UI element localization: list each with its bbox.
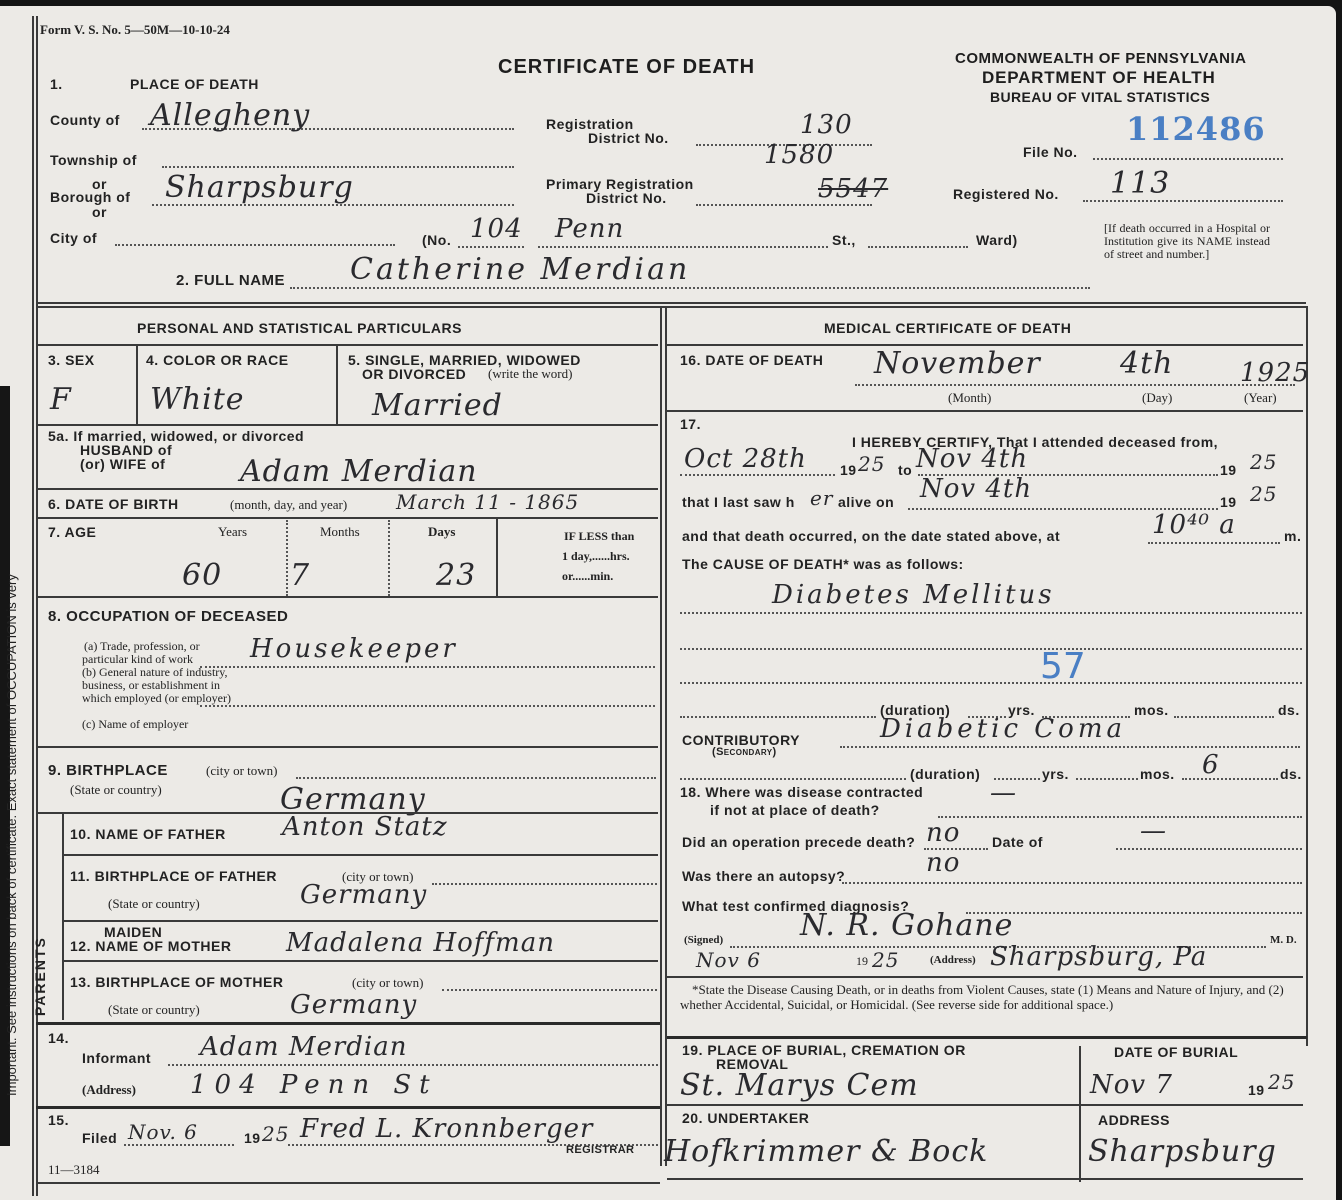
hospital-note: [If death occurred in a Hospital or Inst… (1104, 222, 1270, 261)
father-name-value: Anton Statz (282, 812, 448, 842)
mother-birthplace-value: Germany (290, 990, 417, 1020)
sex-value: F (50, 382, 72, 417)
spouse-label: (or) WIFE of (80, 456, 165, 472)
registered-no-label: Registered No. (953, 186, 1059, 202)
cause-footnote: *State the Disease Causing Death, or in … (680, 982, 1302, 1012)
medical-section-title: MEDICAL CERTIFICATE OF DEATH (824, 320, 1071, 336)
signed-label: (Signed) (684, 934, 723, 946)
attended-from-year: 25 (858, 452, 885, 476)
year-prefix: 19 (1248, 1082, 1265, 1098)
operation-label: Did an operation precede death? (682, 834, 915, 850)
father-birthplace-hint: (State or country) (108, 896, 200, 912)
agency-commonwealth: COMMONWEALTH OF PENNSYLVANIA (955, 50, 1247, 67)
date-of-death-month: November (874, 346, 1041, 381)
filed-date-value: Nov. 6 (128, 1120, 198, 1144)
filed-year-prefix: 19 (244, 1130, 261, 1146)
section-number: 1. (50, 76, 63, 92)
cause-of-death-label: The CAUSE OF DEATH* was as follows: (682, 556, 964, 572)
physician-address-value: Sharpsburg, Pa (990, 942, 1207, 972)
attended-to-year: 25 (1250, 450, 1277, 474)
age-less-label: 1 day,......hrs. (562, 550, 630, 563)
occupation-c-label: (c) Name of employer (82, 718, 188, 731)
informant-address-value: 104 Penn St (190, 1070, 438, 1100)
marital-status-hint: (write the word) (488, 366, 572, 382)
operation-date-value: — (1140, 816, 1167, 846)
dob-label: 6. DATE OF BIRTH (48, 496, 179, 512)
father-birthplace-label: 11. BIRTHPLACE OF FATHER (70, 868, 277, 884)
age-days-label: Days (428, 524, 455, 540)
age-years-label: Years (218, 524, 247, 540)
signed-date: Nov 6 (696, 948, 761, 972)
age-years-value: 60 (182, 558, 222, 593)
ward-label: Ward) (976, 232, 1018, 248)
ds-label: ds. (1278, 702, 1300, 718)
dob-hint: (month, day, and year) (230, 497, 347, 513)
age-months-value: 7 (290, 558, 310, 593)
undertaker-address-label: ADDRESS (1098, 1112, 1170, 1128)
form-code: 11—3184 (48, 1162, 100, 1178)
disease-contracted-label: if not at place of death? (710, 802, 880, 818)
md-label: M. D. (1270, 934, 1297, 946)
mother-birthplace-hint: (State or country) (108, 1002, 200, 1018)
alive-on-label: alive on (838, 494, 894, 510)
informant-label: Informant (82, 1050, 151, 1066)
age-less-label: or......min. (562, 570, 613, 583)
death-time-value: 10⁴⁰ a (1152, 510, 1236, 540)
father-name-label: 10. NAME OF FATHER (70, 826, 226, 842)
year-prefix: 19 (1220, 462, 1237, 478)
certify-statement: I HEREBY CERTIFY, That I attended deceas… (852, 434, 1218, 450)
mother-birthplace-label: 13. BIRTHPLACE OF MOTHER (70, 974, 283, 990)
father-birthplace-value: Germany (300, 880, 427, 910)
year-prefix: 19 (856, 954, 868, 969)
marital-status-label: OR DIVORCED (362, 366, 466, 382)
place-of-death-title: PLACE OF DEATH (130, 76, 259, 92)
borough-value: Sharpsburg (165, 170, 354, 205)
death-time-suffix: m. (1284, 528, 1301, 544)
burial-date-value: Nov 7 (1090, 1070, 1173, 1100)
street-no-value: 104 (470, 214, 523, 244)
registration-district-label: District No. (588, 130, 669, 146)
sex-label: 3. SEX (48, 352, 95, 368)
burial-place-value: St. Marys Cem (680, 1068, 919, 1103)
burial-year-value: 25 (1268, 1070, 1295, 1094)
occupation-label: 8. OCCUPATION OF DECEASED (48, 608, 288, 625)
burial-date-label: DATE OF BURIAL (1114, 1044, 1238, 1060)
filed-year-value: 25 (262, 1122, 289, 1146)
primary-registration-struck-value: 5547 (818, 174, 888, 204)
date-of-death-year: 1925 (1240, 358, 1310, 388)
birthplace-hint: (State or country) (70, 782, 162, 798)
county-label: County of (50, 112, 120, 128)
margin-rule (36, 16, 38, 1196)
physician-signature: N. R. Gohane (800, 908, 1013, 943)
race-label: 4. COLOR OR RACE (146, 352, 289, 368)
age-label: 7. AGE (48, 524, 96, 540)
county-value: Allegheny (150, 98, 310, 133)
spouse-value: Adam Merdian (240, 454, 478, 489)
year-prefix: 19 (1220, 494, 1237, 510)
section-number: 15. (48, 1112, 69, 1128)
undertaker-address-value: Sharpsburg (1088, 1134, 1277, 1169)
primary-registration-label: District No. (586, 190, 667, 206)
race-value: White (150, 382, 245, 417)
parents-side-label: PARENTS (32, 936, 48, 1016)
agency-department: DEPARTMENT OF HEALTH (982, 68, 1216, 88)
birthplace-label: 9. BIRTHPLACE (48, 762, 168, 779)
mother-name-value: Madalena Hoffman (286, 928, 555, 958)
last-saw-year: 25 (1250, 482, 1277, 506)
cause-code-stamp: 57 (1040, 646, 1086, 687)
primary-registration-new-value: 1580 (764, 140, 834, 170)
death-certificate: Important. See instructions on back of c… (0, 6, 1336, 1200)
agency-bureau: BUREAU OF VITAL STATISTICS (990, 89, 1210, 105)
informant-address-label: (Address) (82, 1082, 136, 1098)
registrar-signature: Fred L. Kronnberger (300, 1114, 593, 1144)
section-number: 17. (680, 416, 701, 432)
city-label: City of (50, 230, 97, 246)
column-divider (660, 306, 662, 1166)
street-name-value: Penn (555, 214, 624, 244)
ds-label: ds. (1280, 766, 1302, 782)
mos-label: mos. (1140, 766, 1175, 782)
last-saw-date: Nov 4th (920, 474, 1032, 504)
signed-year: 25 (872, 948, 899, 972)
mother-name-label: 12. NAME OF MOTHER (70, 938, 231, 954)
autopsy-value: no (926, 848, 960, 878)
secondary-label: (Secondary) (712, 746, 777, 758)
full-name-value: Catherine Merdian (350, 252, 690, 287)
to-label: to (898, 462, 912, 478)
document-title: CERTIFICATE OF DEATH (498, 56, 755, 79)
autopsy-label: Was there an autopsy? (682, 868, 845, 884)
yrs-label: yrs. (1042, 766, 1069, 782)
age-less-label: IF LESS than (564, 530, 634, 543)
registered-no-value: 113 (1110, 166, 1170, 201)
year-label: (Year) (1244, 390, 1277, 406)
undertaker-value: Hofkrimmer & Bock (664, 1134, 988, 1169)
mos-label: mos. (1134, 702, 1169, 718)
full-name-label: 2. FULL NAME (176, 272, 285, 289)
registrar-label: REGISTRAR (566, 1144, 634, 1156)
cause-of-death-value: Diabetes Mellitus (772, 580, 1055, 610)
side-margin-note: Important. See instructions on back of c… (4, 574, 19, 1096)
age-days-value: 23 (436, 558, 476, 593)
informant-value: Adam Merdian (200, 1032, 407, 1062)
occupation-b-label: which employed (or employer) (82, 692, 231, 705)
street-no-label: (No. (422, 232, 451, 248)
last-saw-pronoun: er (810, 486, 833, 510)
street-label: St., (832, 232, 856, 248)
date-of-death-day: 4th (1120, 346, 1173, 381)
borough-label: Borough of (50, 189, 130, 205)
file-no-label: File No. (1023, 144, 1078, 160)
attended-to-value: Nov 4th (916, 444, 1028, 474)
occupation-a-value: Housekeeper (250, 634, 458, 664)
operation-date-label: Date of (992, 834, 1043, 850)
undertaker-label: 20. UNDERTAKER (682, 1110, 809, 1126)
contributory-duration-mos: 6 (1202, 750, 1220, 780)
section-number: 14. (48, 1030, 69, 1046)
birthplace-hint: (city or town) (206, 763, 277, 779)
month-label: (Month) (948, 390, 991, 406)
file-number-stamp: 112486 (1126, 110, 1266, 148)
date-of-death-label: 16. DATE OF DEATH (680, 352, 823, 368)
form-number: Form V. S. No. 5—50M—10-10-24 (40, 22, 230, 38)
age-months-label: Months (320, 524, 360, 540)
day-label: (Day) (1142, 390, 1172, 406)
or-label: or (92, 204, 107, 220)
mother-birthplace-hint: (city or town) (352, 975, 423, 991)
year-prefix: 19 (840, 462, 857, 478)
attended-from-value: Oct 28th (684, 444, 807, 474)
disease-contracted-label: 18. Where was disease contracted (680, 784, 923, 800)
marital-status-value: Married (372, 388, 503, 423)
township-label: Township of (50, 152, 137, 168)
contributory-value: Diabetic Coma (880, 714, 1126, 744)
physician-address-label: (Address) (930, 954, 976, 966)
disease-contracted-value: — (990, 778, 1017, 808)
duration-label: (duration) (910, 766, 980, 782)
operation-value: no (926, 818, 960, 848)
dob-value: March 11 - 1865 (396, 490, 579, 514)
personal-section-title: PERSONAL AND STATISTICAL PARTICULARS (137, 320, 462, 336)
registration-district-value: 130 (800, 110, 853, 140)
death-time-label: and that death occurred, on the date sta… (682, 528, 1060, 544)
filed-label: Filed (82, 1130, 117, 1146)
margin-rule (32, 16, 34, 1196)
last-saw-label: that I last saw h (682, 494, 795, 510)
